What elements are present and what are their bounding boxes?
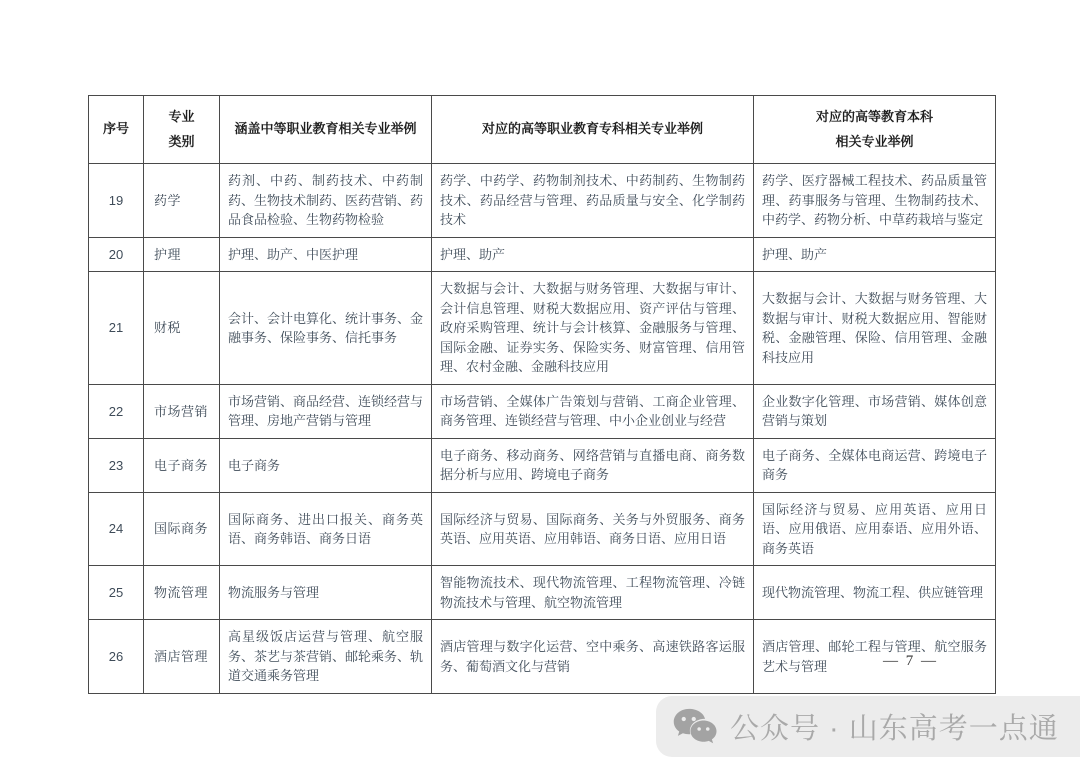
row-bachelor-majors: 大数据与会计、大数据与财务管理、大数据与审计、财税大数据应用、智能财税、金融管理… [754, 272, 996, 385]
watermark-banner: 公众号 · 山东高考一点通 [656, 696, 1080, 757]
row-bachelor-majors: 企业数字化管理、市场营销、媒体创意营销与策划 [754, 384, 996, 438]
row-major-category: 市场营销 [144, 384, 220, 438]
row-secondary-majors: 国际商务、进出口报关、商务英语、商务韩语、商务日语 [220, 492, 432, 566]
header-college-vocational-majors: 对应的高等职业教育专科相关专业举例 [432, 96, 754, 164]
table-header: 序号 专业 类别 涵盖中等职业教育相关专业举例 对应的高等职业教育专科相关专业举… [89, 96, 996, 164]
row-college-majors: 市场营销、全媒体广告策划与营销、工商企业管理、商务管理、连锁经营与管理、中小企业… [432, 384, 754, 438]
row-college-majors: 电子商务、移动商务、网络营销与直播电商、商务数据分析与应用、跨境电子商务 [432, 438, 754, 492]
row-secondary-majors: 药剂、中药、制药技术、中药制药、生物技术制药、医药营销、药品食品检验、生物药物检… [220, 164, 432, 238]
row-college-majors: 护理、助产 [432, 237, 754, 272]
row-serial-number: 21 [89, 272, 144, 385]
row-bachelor-majors: 护理、助产 [754, 237, 996, 272]
row-bachelor-majors: 国际经济与贸易、应用英语、应用日语、应用俄语、应用泰语、应用外语、商务英语 [754, 492, 996, 566]
row-serial-number: 23 [89, 438, 144, 492]
page-number: — 7 — [883, 653, 938, 670]
row-serial-number: 20 [89, 237, 144, 272]
row-serial-number: 22 [89, 384, 144, 438]
table-body: 19药学药剂、中药、制药技术、中药制药、生物技术制药、医药营销、药品食品检验、生… [89, 164, 996, 694]
row-college-majors: 酒店管理与数字化运营、空中乘务、高速铁路客运服务、葡萄酒文化与营销 [432, 620, 754, 694]
row-college-majors: 智能物流技术、现代物流管理、工程物流管理、冷链物流技术与管理、航空物流管理 [432, 566, 754, 620]
row-major-category: 物流管理 [144, 566, 220, 620]
table-row: 19药学药剂、中药、制药技术、中药制药、生物技术制药、医药营销、药品食品检验、生… [89, 164, 996, 238]
row-serial-number: 24 [89, 492, 144, 566]
row-secondary-majors: 市场营销、商品经营、连锁经营与管理、房地产营销与管理 [220, 384, 432, 438]
table-row: 21财税会计、会计电算化、统计事务、金融事务、保险事务、信托事务大数据与会计、大… [89, 272, 996, 385]
watermark-text: 公众号 · 山东高考一点通 [730, 706, 1059, 747]
row-major-category: 酒店管理 [144, 620, 220, 694]
table-row: 22市场营销市场营销、商品经营、连锁经营与管理、房地产营销与管理市场营销、全媒体… [89, 384, 996, 438]
row-major-category: 护理 [144, 237, 220, 272]
row-secondary-majors: 会计、会计电算化、统计事务、金融事务、保险事务、信托事务 [220, 272, 432, 385]
row-college-majors: 大数据与会计、大数据与财务管理、大数据与审计、会计信息管理、财税大数据应用、资产… [432, 272, 754, 385]
table-row: 20护理护理、助产、中医护理护理、助产护理、助产 [89, 237, 996, 272]
row-secondary-majors: 物流服务与管理 [220, 566, 432, 620]
header-secondary-vocational-majors: 涵盖中等职业教育相关专业举例 [220, 96, 432, 164]
row-college-majors: 国际经济与贸易、国际商务、关务与外贸服务、商务英语、应用英语、应用韩语、商务日语… [432, 492, 754, 566]
row-serial-number: 26 [89, 620, 144, 694]
row-college-majors: 药学、中药学、药物制剂技术、中药制药、生物制药技术、药品经营与管理、药品质量与安… [432, 164, 754, 238]
row-secondary-majors: 护理、助产、中医护理 [220, 237, 432, 272]
row-major-category: 国际商务 [144, 492, 220, 566]
row-major-category: 财税 [144, 272, 220, 385]
header-serial-number: 序号 [89, 96, 144, 164]
table-row: 26酒店管理高星级饭店运营与管理、航空服务、茶艺与茶营销、邮轮乘务、轨道交通乘务… [89, 620, 996, 694]
row-secondary-majors: 电子商务 [220, 438, 432, 492]
row-serial-number: 25 [89, 566, 144, 620]
majors-mapping-table: 序号 专业 类别 涵盖中等职业教育相关专业举例 对应的高等职业教育专科相关专业举… [88, 95, 996, 694]
row-bachelor-majors: 药学、医疗器械工程技术、药品质量管理、药事服务与管理、生物制药技术、中药学、药物… [754, 164, 996, 238]
table-row: 25物流管理物流服务与管理智能物流技术、现代物流管理、工程物流管理、冷链物流技术… [89, 566, 996, 620]
row-secondary-majors: 高星级饭店运营与管理、航空服务、茶艺与茶营销、邮轮乘务、轨道交通乘务管理 [220, 620, 432, 694]
table-row: 24国际商务国际商务、进出口报关、商务英语、商务韩语、商务日语国际经济与贸易、国… [89, 492, 996, 566]
table-row: 23电子商务电子商务电子商务、移动商务、网络营销与直播电商、商务数据分析与应用、… [89, 438, 996, 492]
row-major-category: 药学 [144, 164, 220, 238]
row-major-category: 电子商务 [144, 438, 220, 492]
row-bachelor-majors: 电子商务、全媒体电商运营、跨境电子商务 [754, 438, 996, 492]
header-bachelor-majors: 对应的高等教育本科 相关专业举例 [754, 96, 996, 164]
row-bachelor-majors: 现代物流管理、物流工程、供应链管理 [754, 566, 996, 620]
row-serial-number: 19 [89, 164, 144, 238]
row-bachelor-majors: 酒店管理、邮轮工程与管理、航空服务艺术与管理 [754, 620, 996, 694]
wechat-icon [672, 707, 718, 747]
header-major-category: 专业 类别 [144, 96, 220, 164]
